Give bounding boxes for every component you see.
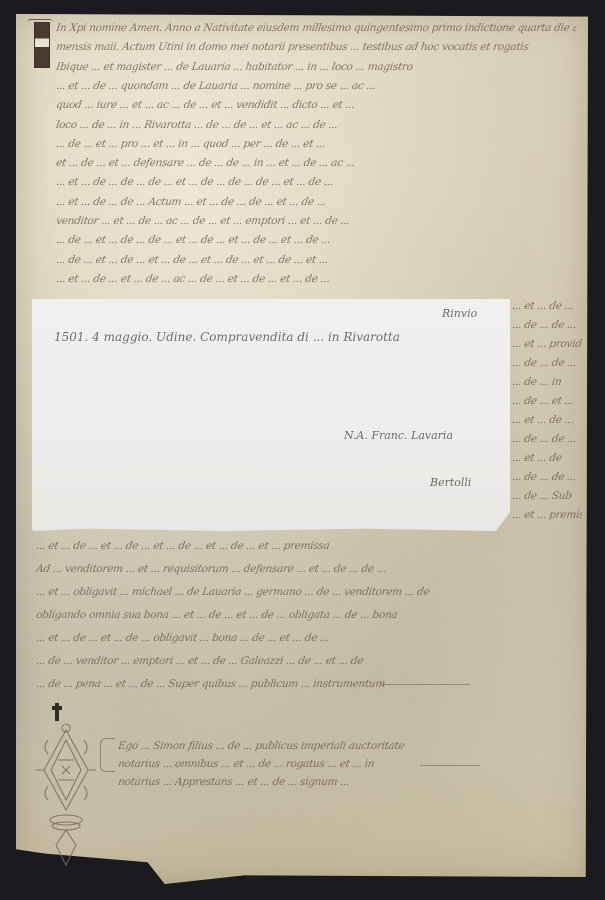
manuscript-line: Ibique ... et magister ... de Lauaria ..…: [55, 61, 577, 75]
manuscript-line: ... et ... premiss: [511, 509, 583, 523]
notary-signum-ornament-icon: [36, 700, 96, 870]
manuscript-line: ... et ... provide: [511, 338, 583, 352]
manuscript-line: venditor ... et ... de ... ac ... de ...…: [55, 215, 577, 229]
slip-summary-line: 1501. 4 maggio. Udine. Compravendita di …: [54, 330, 400, 344]
subscription-bracket: [100, 738, 115, 772]
manuscript-line: ... de ... et ... de ... de ... et ... d…: [55, 234, 577, 248]
manuscript-line: ... de ... in: [511, 376, 583, 390]
manuscript-line: ... et ... de ...: [511, 300, 583, 314]
manuscript-line: Ad ... venditorem ... et ... requisitoru…: [35, 563, 577, 577]
manuscript-line: ... de ... et ... pro ... et ... in ... …: [55, 138, 577, 152]
manuscript-line: In Xpi nomine Amen. Anno a Nativitate ei…: [55, 22, 577, 36]
closing-flourish-line: [380, 684, 470, 685]
manuscript-line: et ... de ... et ... defensare ... de ..…: [55, 157, 577, 171]
manuscript-line: ... et ... de ... et ... de ... et ... d…: [35, 540, 577, 554]
manuscript-line: ... de ... de ...: [511, 471, 583, 485]
manuscript-line: Ego ... Simon filius ... de ... publicus…: [117, 740, 569, 754]
manuscript-line: loco ... de ... in ... Rivarotta ... de …: [55, 119, 577, 133]
subscription-flourish-line: [420, 765, 480, 766]
slip-signature: Bertolli: [430, 476, 471, 489]
manuscript-line: ... de ... et ...: [511, 395, 583, 409]
manuscript-line: notarius ... Apprestans ... et ... de ..…: [117, 776, 569, 790]
manuscript-line: ... et ... de: [511, 452, 583, 466]
manuscript-line: ... et ... de ... et ... de ... obligavi…: [35, 632, 577, 646]
archival-slip: Rinvio 1501. 4 maggio. Udine. Compravend…: [32, 299, 510, 531]
manuscript-line: ... et ... de ... et ... de ... ac ... d…: [55, 273, 577, 287]
manuscript-line: obligando omnia sua bona ... et ... de .…: [35, 609, 577, 623]
slip-notary-line: N.A. Franc. Lavaria: [344, 429, 453, 442]
manuscript-line: ... de ... et ... de ... et ... de ... e…: [55, 254, 577, 268]
manuscript-line: ... et ... de ... quondam ... de Lauaria…: [55, 80, 577, 94]
manuscript-line: ... et ... de ... de ... de ... et ... d…: [55, 176, 577, 190]
manuscript-line: ... de ... de ...: [511, 357, 583, 371]
manuscript-line: ... de ... pena ... et ... de ... Super …: [35, 678, 577, 692]
manuscript-line: ... de ... de ...: [511, 433, 583, 447]
decorated-initial-letter: [34, 22, 50, 68]
slip-corner-note: Rinvio: [442, 307, 477, 320]
manuscript-line: ... et ... de ... de ... Actum ... et ..…: [55, 196, 577, 210]
manuscript-line: notarius ... omnibus ... et ... de ... r…: [117, 758, 569, 772]
manuscript-line: ... de ... venditor ... emptori ... et .…: [35, 655, 577, 669]
manuscript-line: mensis maii. Actum Utini in domo mei not…: [55, 41, 577, 55]
manuscript-line: ... de ... Sub: [511, 490, 583, 504]
manuscript-line: ... et ... de ...: [511, 414, 583, 428]
manuscript-line: quod ... iure ... et ... ac ... de ... e…: [55, 99, 577, 113]
manuscript-line: ... et ... obligavit ... michael ... de …: [35, 586, 577, 600]
manuscript-line: ... de ... de ...: [511, 319, 583, 333]
